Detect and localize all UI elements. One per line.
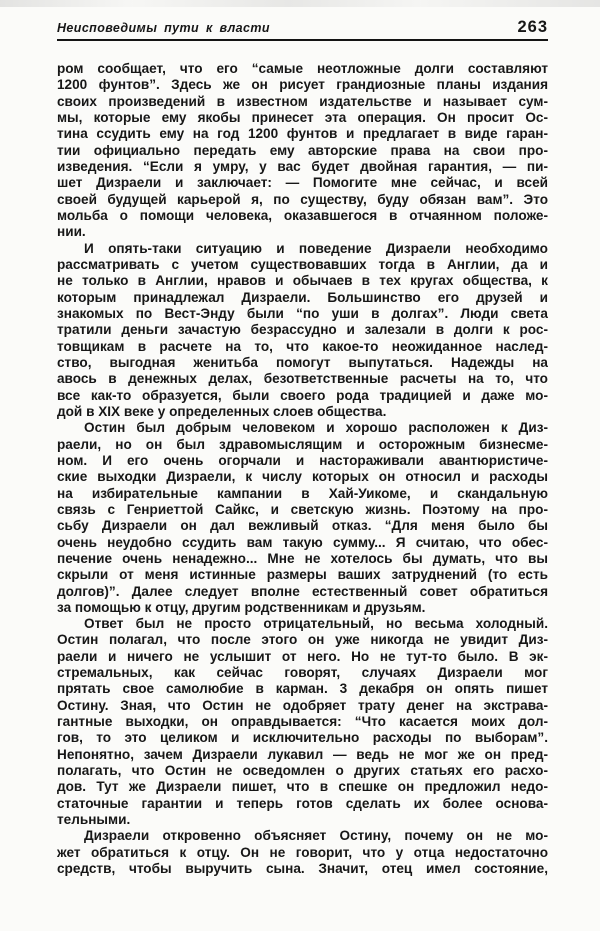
text-line: статочные гарантии и теперь готов сделат… <box>57 796 548 812</box>
text-line: полагать, что Остин не осведомлен о друг… <box>57 763 548 779</box>
page-number: 263 <box>517 18 548 37</box>
text-line: авось в денежных делах, безответственные… <box>57 371 548 387</box>
text-line: долгов)”. Далее следует вполне естествен… <box>57 584 548 600</box>
text-line: шет Дизраели и заключает: — Помогите мне… <box>57 175 548 191</box>
page-header: Неисповедимы пути к власти 263 <box>57 18 548 37</box>
text-line: Остин был добрым человеком и хорошо расп… <box>57 420 548 436</box>
text-line: печение очень ненадежно... Мне не хотело… <box>57 551 548 567</box>
text-line: гантные выходки, он оправдывается: “Что … <box>57 714 548 730</box>
text-line: раели и ничего не услышит от него. Но не… <box>57 649 548 665</box>
text-line: Ответ был не просто отрицательный, но ве… <box>57 616 548 632</box>
text-line: И опять-таки ситуацию и поведение Дизрае… <box>57 241 548 257</box>
paragraph: Дизраели откровенно объясняет Остину, по… <box>57 828 548 877</box>
text-line: которым принадлежал Дизраели. Большинств… <box>57 290 548 306</box>
text-line: тии официально передать ему авторские пр… <box>57 143 548 159</box>
paragraph: Остин был добрым человеком и хорошо расп… <box>57 420 548 616</box>
text-line: все как-то образуется, были своего рода … <box>57 388 548 404</box>
text-line: сьбу Дизраели он дал вежливый отказ. “Дл… <box>57 518 548 534</box>
text-line: товщикам в расчете на то, что какое-то н… <box>57 339 548 355</box>
paragraph: Ответ был не просто отрицательный, но ве… <box>57 616 548 828</box>
text-line: ном. И его очень огорчали и настораживал… <box>57 453 548 469</box>
text-line: за помощью к отцу, другим родственникам … <box>57 600 548 616</box>
text-line: мы, которые ему якобы принесет эта опера… <box>57 110 548 126</box>
paragraph: И опять-таки ситуацию и поведение Дизрае… <box>57 241 548 421</box>
paragraph: ром сообщает, что его “самые неотложные … <box>57 61 548 241</box>
text-line: прятать свое самолюбие в карман. 3 декаб… <box>57 681 548 697</box>
text-line: средств, чтобы выручить сына. Значит, от… <box>57 861 548 877</box>
text-line: Остин полагал, что после этого он уже ни… <box>57 632 548 648</box>
text-line: своей будущей карьерой я, по существу, б… <box>57 192 548 208</box>
text-line: рассматривать с учетом существовавших то… <box>57 257 548 273</box>
text-line: гов, то это целиком и исключительно расх… <box>57 730 548 746</box>
book-page: Неисповедимы пути к власти 263 ром сообщ… <box>0 0 600 931</box>
text-line: тратили деньги зачастую безрассудно и за… <box>57 322 548 338</box>
text-line: не только в Англии, нравов и обычаев в т… <box>57 273 548 289</box>
text-line: дой в XIX веке у определенных слоев обще… <box>57 404 548 420</box>
text-line: жет обратиться к отцу. Он не говорит, чт… <box>57 845 548 861</box>
text-line: нии. <box>57 224 548 240</box>
text-line: мольба о помощи человека, оказавшегося в… <box>57 208 548 224</box>
text-line: ские выходки Дизраели, к числу которых о… <box>57 469 548 485</box>
text-line: знакомых по Вест-Энду были “по уши в дол… <box>57 306 548 322</box>
text-line: тина ссудить ему на год 1200 фунтов и пр… <box>57 126 548 142</box>
text-line: скрыли от меня истинные размеры ваших за… <box>57 567 548 583</box>
text-line: изведения. “Если я умру, у вас будет дво… <box>57 159 548 175</box>
text-line: Остину. Зная, что Остин не одобряет трат… <box>57 698 548 714</box>
text-line: Непонятно, зачем Дизраели лукавил — ведь… <box>57 747 548 763</box>
header-rule <box>57 39 548 41</box>
text-line: на избирательные кампании в Хай-Уикоме, … <box>57 486 548 502</box>
text-line: тельными. <box>57 812 548 828</box>
text-line: своих произведений в известном издательс… <box>57 94 548 110</box>
text-line: очень неудобно ссудить вам такую сумму..… <box>57 535 548 551</box>
text-line: раели, но он был здравомыслящим и осторо… <box>57 437 548 453</box>
text-line: дов. Тут же Дизраели пишет, что в спешке… <box>57 779 548 795</box>
running-title: Неисповедимы пути к власти <box>57 21 270 35</box>
text-line: 1200 фунтов”. Здесь же он рисует грандио… <box>57 77 548 93</box>
text-line: связь с Генриеттой Сайкс, и светскую жиз… <box>57 502 548 518</box>
page-content: Неисповедимы пути к власти 263 ром сообщ… <box>57 0 548 877</box>
text-line: Дизраели откровенно объясняет Остину, по… <box>57 828 548 844</box>
text-line: ство, выгодная женитьба помогут выпутать… <box>57 355 548 371</box>
text-line: ром сообщает, что его “самые неотложные … <box>57 61 548 77</box>
body-text: ром сообщает, что его “самые неотложные … <box>57 61 548 877</box>
text-line: стремальных, как сейчас говорят, случаях… <box>57 665 548 681</box>
